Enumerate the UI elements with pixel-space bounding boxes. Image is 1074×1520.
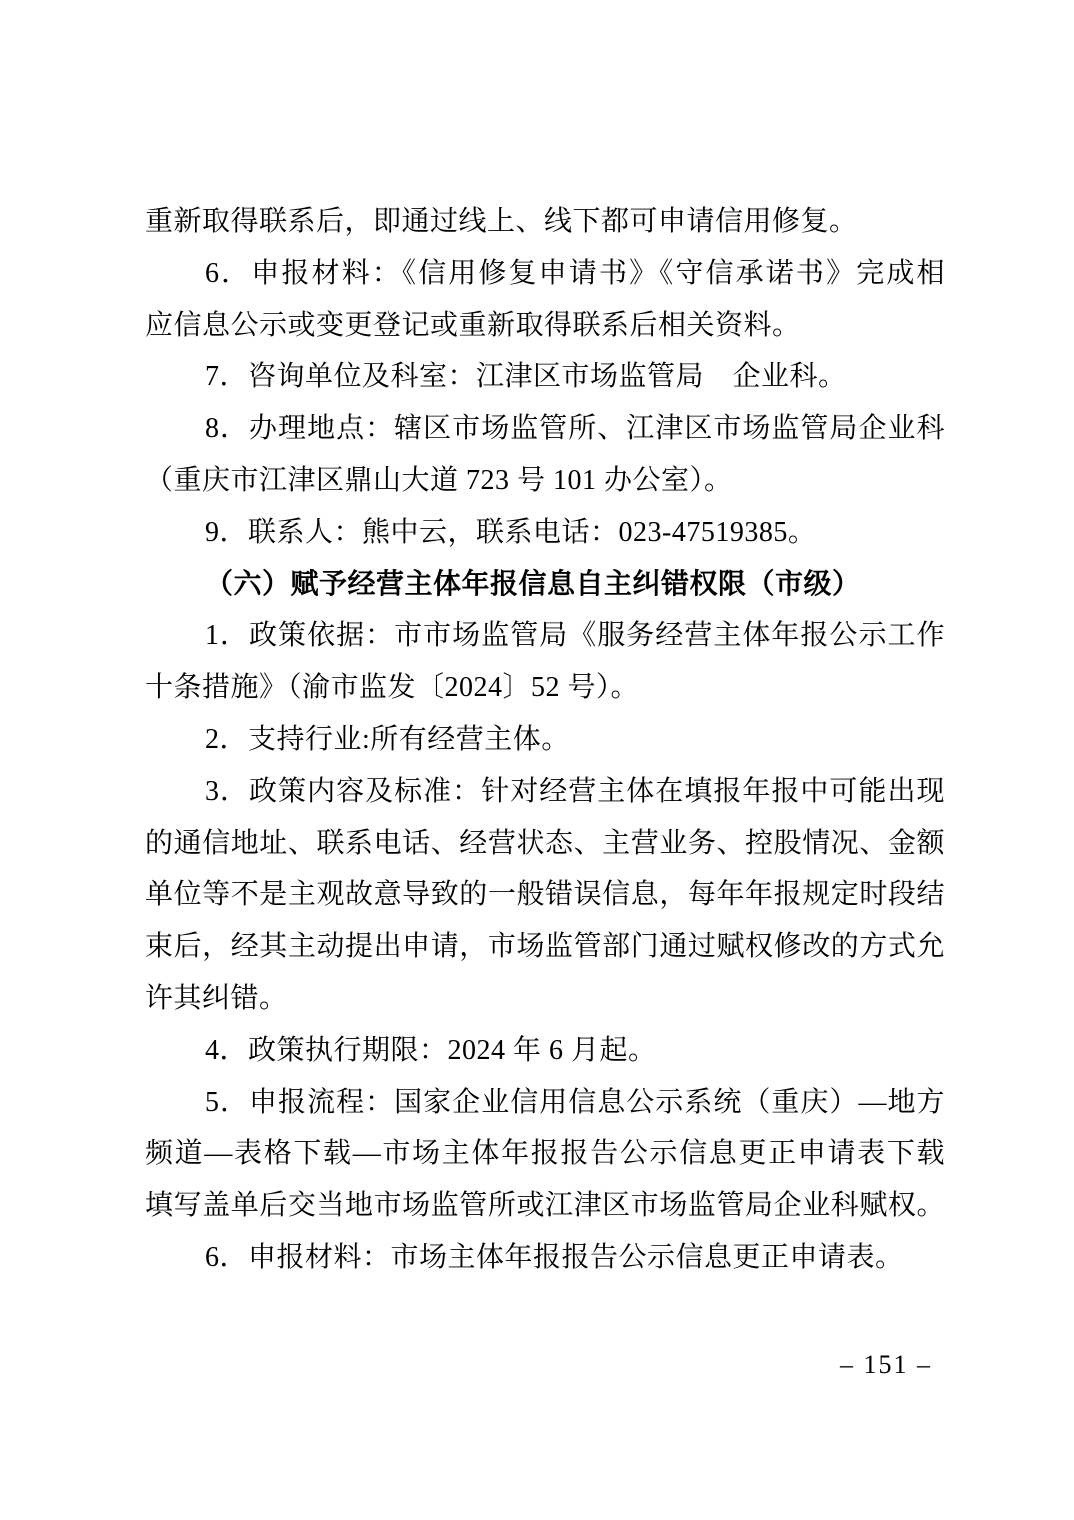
body-line: 束后，经其主动提出申请，市场监管部门通过赋权修改的方式允: [145, 921, 945, 973]
page-number: – 151 –: [840, 1350, 932, 1380]
body-line: 3．政策内容及标准：针对经营主体在填报年报中可能出现: [145, 766, 945, 818]
body-line: 十条措施》（渝市监发〔2024〕52 号）。: [145, 662, 945, 714]
body-line: 重新取得联系后，即通过线上、线下都可申请信用修复。: [145, 196, 945, 248]
body-line: 频道—表格下载—市场主体年报报告公示信息更正申请表下载: [145, 1128, 945, 1180]
body-line: 2．支持行业:所有经营主体。: [145, 714, 945, 766]
document-body: 重新取得联系后，即通过线上、线下都可申请信用修复。 6．申报材料：《信用修复申请…: [145, 196, 945, 1284]
body-line: 许其纠错。: [145, 973, 945, 1025]
body-line: 1．政策依据：市市场监管局《服务经营主体年报公示工作: [145, 610, 945, 662]
body-line: 4．政策执行期限：2024 年 6 月起。: [145, 1025, 945, 1077]
body-line: 5．申报流程：国家企业信用信息公示系统（重庆）—地方: [145, 1077, 945, 1129]
section-heading: （六）赋予经营主体年报信息自主纠错权限（市级）: [145, 559, 945, 611]
body-line: 填写盖单后交当地市场监管所或江津区市场监管局企业科赋权。: [145, 1180, 945, 1232]
body-line: 应信息公示或变更登记或重新取得联系后相关资料。: [145, 300, 945, 352]
body-line: 8．办理地点：辖区市场监管所、江津区市场监管局企业科: [145, 403, 945, 455]
body-line: 6．申报材料：《信用修复申请书》《守信承诺书》完成相: [145, 248, 945, 300]
body-line: （重庆市江津区鼎山大道 723 号 101 办公室）。: [145, 455, 945, 507]
body-line: 的通信地址、联系电话、经营状态、主营业务、控股情况、金额: [145, 818, 945, 870]
body-line: 6．申报材料：市场主体年报报告公示信息更正申请表。: [145, 1232, 945, 1284]
document-page: 重新取得联系后，即通过线上、线下都可申请信用修复。 6．申报材料：《信用修复申请…: [0, 0, 1074, 1520]
body-line: 9．联系人：熊中云，联系电话：023-47519385。: [145, 507, 945, 559]
body-line: 单位等不是主观故意导致的一般错误信息，每年年报规定时段结: [145, 869, 945, 921]
body-line: 7．咨询单位及科室：江津区市场监管局 企业科。: [145, 351, 945, 403]
